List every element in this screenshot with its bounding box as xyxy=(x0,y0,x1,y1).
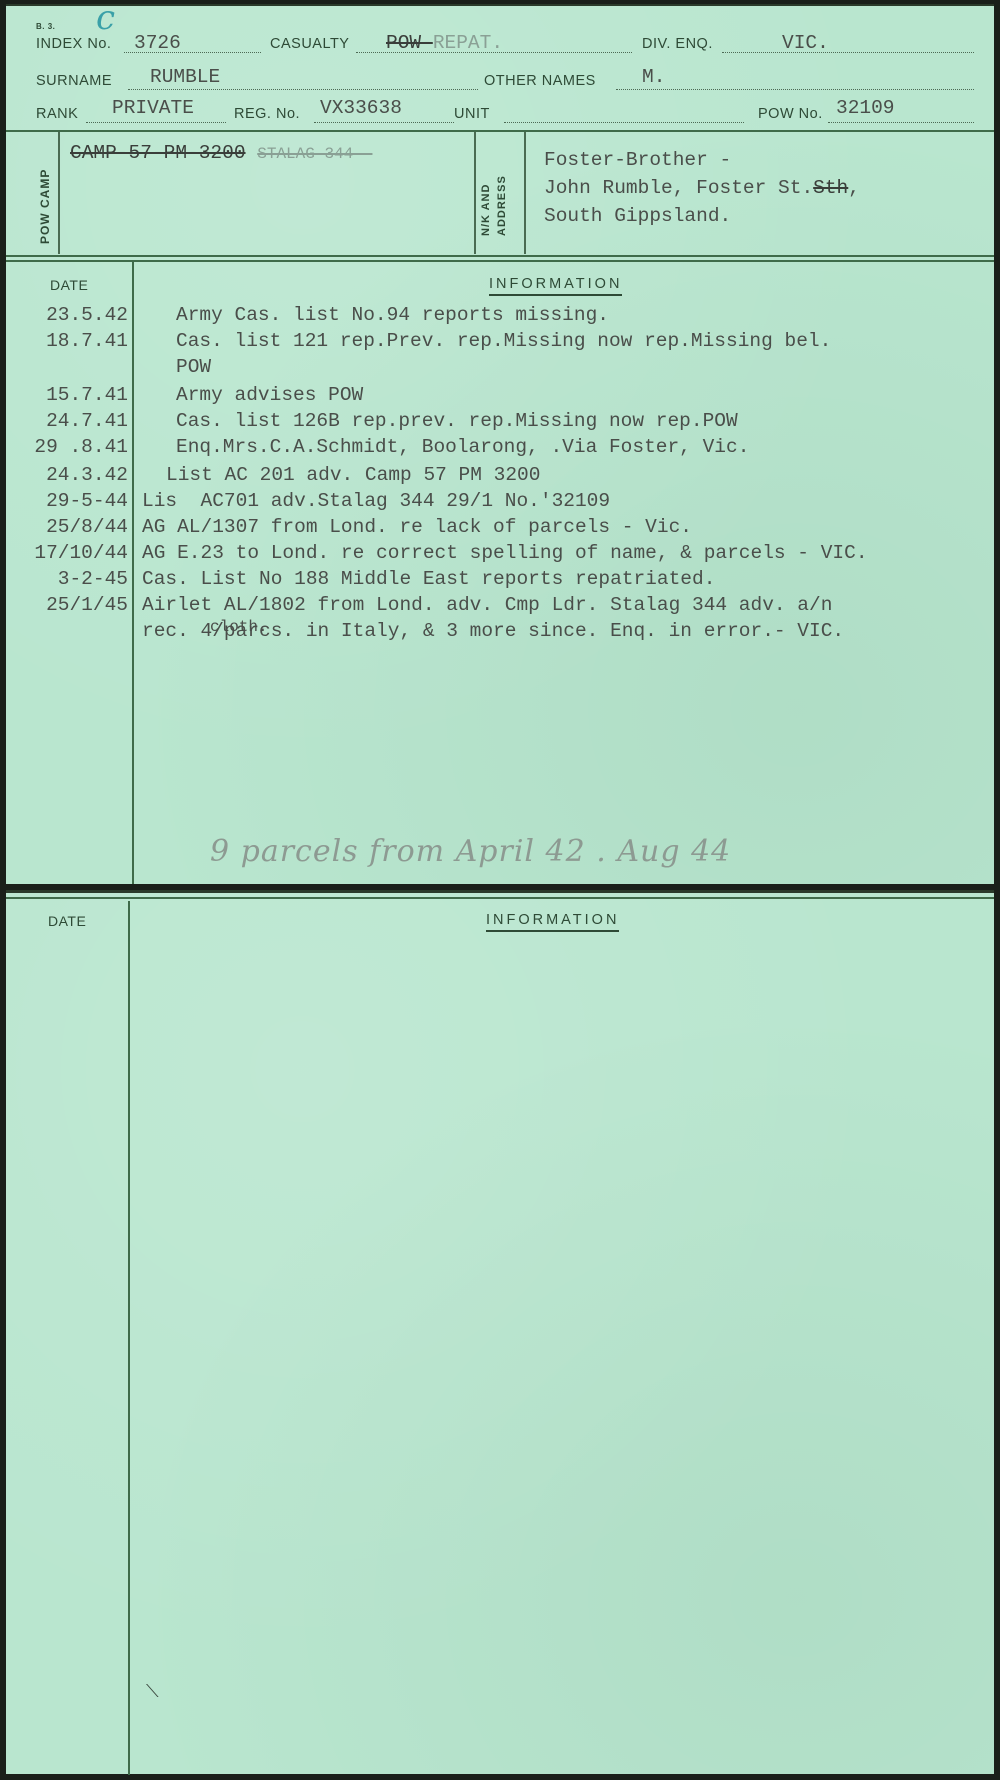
surname-label: SURNAME xyxy=(36,73,112,89)
nok-line: Foster-Brother - xyxy=(544,146,860,174)
entry-text: POW xyxy=(176,356,211,378)
date-column-divider xyxy=(132,262,134,884)
div-enq-label: DIV. ENQ. xyxy=(642,36,713,52)
entry-text: Cas. list 126B rep.prev. rep.Missing now… xyxy=(176,410,738,432)
other-names-label: OTHER NAMES xyxy=(484,73,596,89)
date-header: DATE xyxy=(50,277,88,293)
entry-text: Army advises POW xyxy=(176,384,363,406)
entry-text: Cas. list 121 rep.Prev. rep.Missing now … xyxy=(176,330,831,352)
index-no-value: 3726 xyxy=(134,32,181,54)
entry-text: Lis AC701 adv.Stalag 344 29/1 No.'32109 xyxy=(142,490,610,512)
pow-no-value: 32109 xyxy=(836,97,895,119)
other-names-value: M. xyxy=(642,66,665,88)
date-column-divider xyxy=(128,901,130,1775)
entry-text: Airlet AL/1802 from Lond. adv. Cmp Ldr. … xyxy=(142,594,832,616)
pow-camp-struck-secondary: STALAG 344 - xyxy=(257,145,372,163)
nok-line: South Gippsland. xyxy=(544,202,860,230)
nok-struck: Sth xyxy=(813,177,848,199)
interlinear-note: cloth. xyxy=(210,618,268,636)
entry-date: 18.7.41 xyxy=(6,330,128,352)
entry-date: 3-2-45 xyxy=(6,568,128,590)
divider xyxy=(6,130,994,132)
entry-text: Cas. List No 188 Middle East reports rep… xyxy=(142,568,715,590)
entry-date: 29-5-44 xyxy=(6,490,128,512)
entry-text: List AC 201 adv. Camp 57 PM 3200 xyxy=(166,464,540,486)
pow-camp-struck-value: CAMP-57-PM-3200 xyxy=(70,142,246,164)
rank-label: RANK xyxy=(36,106,78,122)
reg-no-label: REG. No. xyxy=(234,106,300,122)
back-information-header: INFORMATION xyxy=(486,911,619,929)
casualty-struck: POW- xyxy=(386,32,433,54)
pow-camp-value: CAMP-57-PM-3200 STALAG 344 - xyxy=(70,142,372,164)
casualty-label: CASUALTY xyxy=(270,36,349,52)
card-front: B. 3. c INDEX No. 3726 CASUALTY POW-REPA… xyxy=(6,4,994,884)
nok-address: Foster-Brother - John Rumble, Foster St.… xyxy=(544,146,860,230)
nok-line: John Rumble, Foster St.Sth, xyxy=(544,174,860,202)
form-code: B. 3. xyxy=(36,22,55,31)
entry-date: 24.3.42 xyxy=(6,464,128,486)
index-no-label: INDEX No. xyxy=(36,36,111,52)
back-date-header: DATE xyxy=(48,913,86,929)
pencil-mark: ⟍ xyxy=(146,1681,159,1702)
casualty-value: POW-REPAT. xyxy=(386,32,503,54)
nok-label-line2: ADDRESS xyxy=(496,175,508,236)
ink-mark: c xyxy=(96,0,115,38)
entry-date: 23.5.42 xyxy=(6,304,128,326)
surname-value: RUMBLE xyxy=(150,66,220,88)
entry-date: 25/8/44 xyxy=(6,516,128,538)
handwritten-note: 9 parcels from April 42 . Aug 44 xyxy=(210,834,731,869)
entry-date: 29 .8.41 xyxy=(6,436,128,458)
entry-text: Enq.Mrs.C.A.Schmidt, Boolarong, .Via Fos… xyxy=(176,436,749,458)
pow-camp-label: POW CAMP xyxy=(38,169,52,244)
entry-date: 25/1/45 xyxy=(6,594,128,616)
entry-date: 17/10/44 xyxy=(6,542,128,564)
div-enq-value: VIC. xyxy=(782,32,829,54)
nok-label-line1: N/K AND xyxy=(480,184,492,236)
card-back: DATE INFORMATION ⟍ xyxy=(6,890,994,1774)
entry-text: AG AL/1307 from Lond. re lack of parcels… xyxy=(142,516,692,538)
entry-date: 24.7.41 xyxy=(6,410,128,432)
entry-text: Army Cas. list No.94 reports missing. xyxy=(176,304,609,326)
information-header: INFORMATION xyxy=(489,275,622,293)
casualty-current: REPAT. xyxy=(433,32,503,54)
unit-label: UNIT xyxy=(454,106,490,122)
rank-value: PRIVATE xyxy=(112,97,194,119)
reg-no-value: VX33638 xyxy=(320,97,402,119)
pow-no-label: POW No. xyxy=(758,106,823,122)
entry-date: 15.7.41 xyxy=(6,384,128,406)
entry-text: AG E.23 to Lond. re correct spelling of … xyxy=(142,542,868,564)
